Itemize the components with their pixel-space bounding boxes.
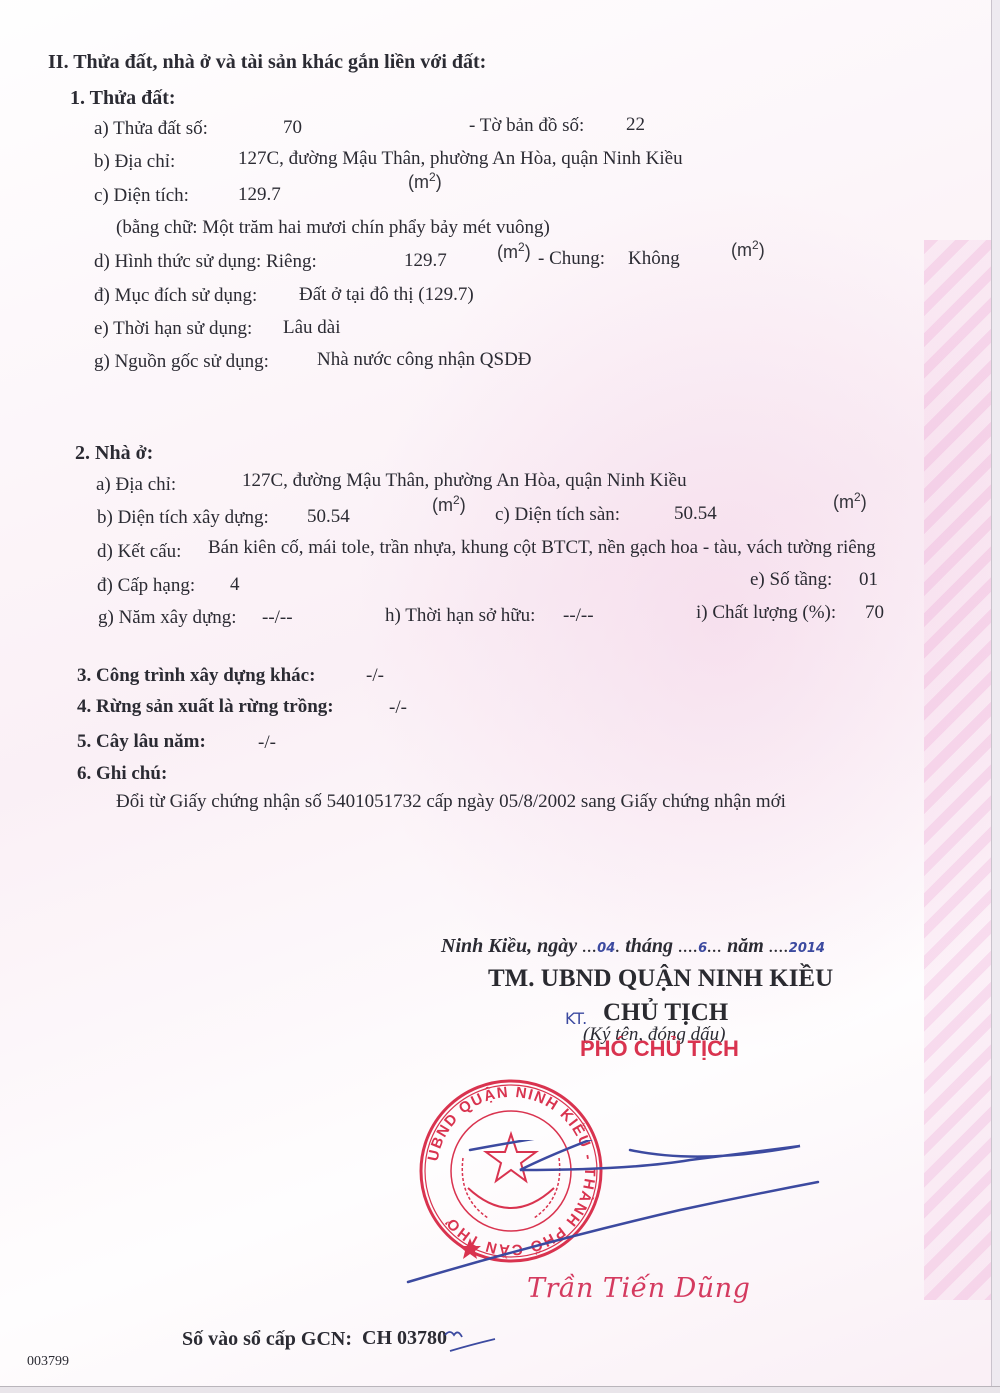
handwritten-mark-icon	[440, 1325, 500, 1355]
signing-day: 04	[597, 941, 615, 956]
land-area-value: 129.7	[238, 184, 281, 206]
forest-value: -/-	[389, 697, 407, 719]
grade-label: đ) Cấp hạng:	[97, 575, 195, 597]
quality-label: i) Chất lượng (%):	[696, 602, 836, 624]
floor-area-unit: (m2)	[833, 492, 867, 513]
signing-year: 2014	[789, 941, 825, 956]
built-area-value: 50.54	[307, 506, 350, 528]
year-value: --/--	[262, 607, 293, 629]
usage-shared-unit: (m2)	[731, 240, 765, 261]
structure-label: d) Kết cấu:	[97, 541, 181, 563]
other-works-label: 3. Công trình xây dựng khác:	[77, 665, 315, 687]
other-works-value: -/-	[366, 665, 384, 687]
built-area-unit: (m2)	[432, 495, 466, 516]
floor-area-label: c) Diện tích sàn:	[495, 504, 620, 526]
house-address-value: 127C, đường Mậu Thân, phường An Hòa, quậ…	[242, 470, 687, 492]
signing-month: 6	[698, 941, 707, 956]
map-sheet-label: - Tờ bản đồ số:	[469, 115, 584, 137]
position-title: CHỦ TỊCH	[603, 1002, 728, 1024]
parcel-label: a) Thửa đất số:	[94, 118, 208, 140]
ownership-term-label: h) Thời hạn sở hữu:	[385, 605, 535, 627]
signature-icon	[400, 1140, 820, 1290]
origin-value: Nhà nước công nhận QSDĐ	[317, 349, 532, 371]
land-area-label: c) Diện tích:	[94, 185, 189, 207]
section-title: II. Thửa đất, nhà ở và tài sản khác gắn …	[48, 51, 486, 73]
forest-label: 4. Rừng sản xuất là rừng trồng:	[77, 696, 334, 718]
parcel-value: 70	[283, 117, 302, 139]
land-area-unit: (m2)	[408, 172, 442, 193]
origin-label: g) Nguồn gốc sử dụng:	[94, 351, 269, 373]
note-value: Đổi từ Giấy chứng nhận số 5401051732 cấp…	[116, 791, 786, 813]
house-heading: 2. Nhà ở:	[75, 442, 153, 464]
page-bottom-edge	[0, 1386, 1000, 1393]
registry-value: CH 03780	[362, 1327, 447, 1349]
signing-place-date: Ninh Kiều, ngày ...04. tháng ....6... nă…	[441, 935, 825, 960]
floor-area-value: 50.54	[674, 503, 717, 525]
usage-form-label: d) Hình thức sử dụng: Riêng:	[94, 251, 317, 273]
built-area-label: b) Diện tích xây dựng:	[97, 507, 269, 529]
purpose-label: đ) Mục đích sử dụng:	[94, 285, 257, 307]
note-label: 6. Ghi chú:	[77, 763, 167, 785]
quality-value: 70	[865, 602, 884, 624]
term-value: Lâu dài	[283, 317, 341, 339]
authority-title: TM. UBND QUẬN NINH KIỀU	[488, 968, 833, 990]
perennial-value: -/-	[258, 732, 276, 754]
usage-shared-label: - Chung:	[538, 248, 605, 270]
page-edge	[991, 0, 1000, 1393]
structure-value: Bán kiên cố, mái tole, trần nhựa, khung …	[208, 537, 876, 559]
ownership-term-value: --/--	[563, 605, 594, 627]
floors-value: 01	[859, 569, 878, 591]
land-heading: 1. Thửa đất:	[70, 87, 176, 109]
perennial-label: 5. Cây lâu năm:	[77, 731, 206, 753]
floors-label: e) Số tầng:	[750, 569, 832, 591]
term-label: e) Thời hạn sử dụng:	[94, 318, 252, 340]
usage-private-value: 129.7	[404, 250, 447, 272]
land-address-label: b) Địa chỉ:	[94, 151, 175, 173]
registry-label: Số vào sổ cấp GCN:	[182, 1328, 352, 1350]
land-area-in-words: (bằng chữ: Một trăm hai mươi chín phẩy b…	[116, 217, 550, 239]
map-sheet-value: 22	[626, 114, 645, 136]
usage-shared-value: Không	[628, 248, 680, 270]
house-address-label: a) Địa chỉ:	[96, 474, 176, 496]
purpose-value: Đất ở tại đô thị (129.7)	[299, 284, 474, 306]
usage-private-unit: (m2)	[497, 242, 531, 263]
serial-number: 003799	[27, 1351, 69, 1373]
security-pattern-band	[924, 240, 992, 1300]
signer-name: Trần Tiến Dũng	[527, 1278, 750, 1300]
land-address-value: 127C, đường Mậu Thân, phường An Hòa, quậ…	[238, 148, 683, 170]
year-label: g) Năm xây dựng:	[98, 607, 237, 629]
grade-value: 4	[230, 574, 240, 596]
deputy-stamp: PHÓ CHỦ TỊCH	[580, 1038, 739, 1060]
